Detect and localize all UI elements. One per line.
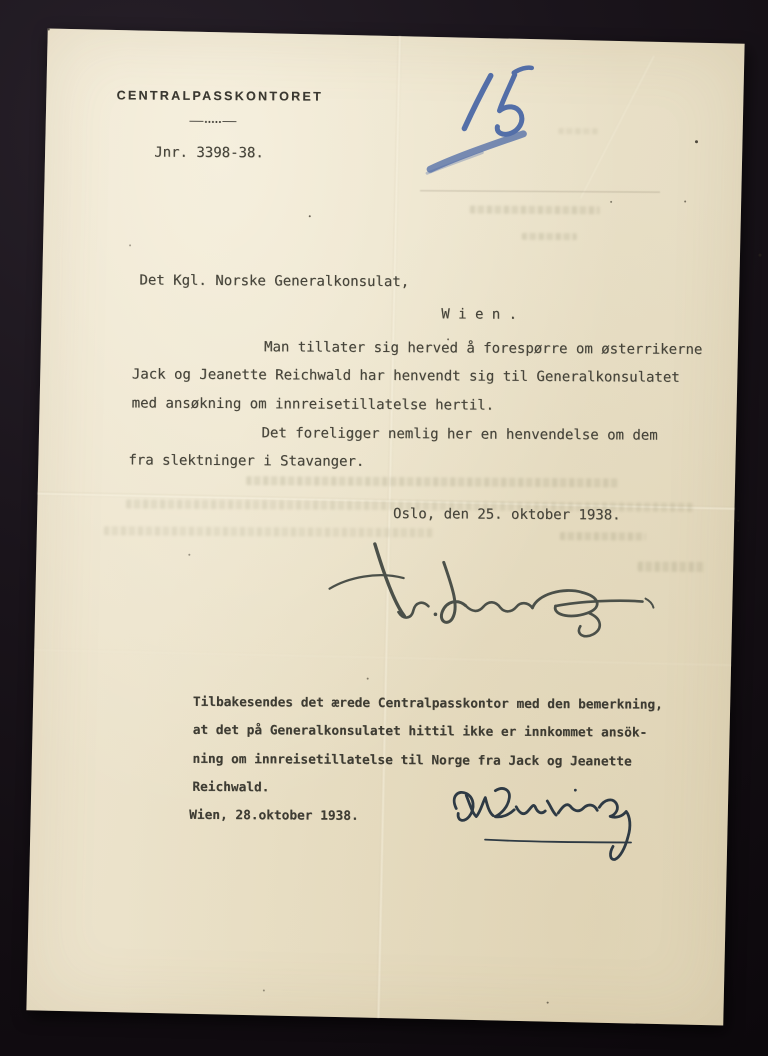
oslo-signature xyxy=(314,530,665,652)
office-name: CENTRALPASSKONTORET xyxy=(117,88,324,103)
body-line: Man tillater sig herved å forespørre om … xyxy=(264,339,702,358)
bleedthrough-smudge xyxy=(470,206,600,215)
wien-signature xyxy=(438,775,669,876)
dateline-wien: Wien, 28.oktober 1938. xyxy=(189,808,359,824)
letter-content: CENTRALPASSKONTORET Jnr. 3398-38. 15 Det… xyxy=(0,0,768,1056)
faint-pencil-line xyxy=(420,190,660,192)
body-line: med ansøkning om innreisetillatelse hert… xyxy=(132,395,495,413)
body-line: Jack og Jeanette Reichwald har henvendt … xyxy=(132,366,680,385)
reply-line: at det på Generalkonsulatet hittil ikke … xyxy=(193,723,648,741)
bleedthrough-smudge xyxy=(522,233,577,240)
body-line: Det foreligger nemlig her en henvendelse… xyxy=(261,425,657,443)
body-line: fra slektninger i Stavanger. xyxy=(128,452,364,469)
journal-number: Jnr. 3398-38. xyxy=(154,145,264,162)
reply-line: Reichwald. xyxy=(192,780,269,795)
reply-line: Tilbakesendes det ærede Centralpasskonto… xyxy=(193,695,663,713)
recipient-city: W i e n . xyxy=(441,306,517,322)
handwritten-filing-number xyxy=(417,55,553,186)
recipient-line: Det Kgl. Norske Generalkonsulat, xyxy=(139,273,409,291)
dateline-oslo: Oslo, den 25. oktober 1938. xyxy=(393,506,621,523)
bleedthrough-smudge xyxy=(558,128,598,134)
letterhead-rule-ornament xyxy=(189,120,236,123)
bleedthrough-smudge xyxy=(246,476,618,487)
scan-background: CENTRALPASSKONTORET Jnr. 3398-38. 15 Det… xyxy=(0,0,768,1056)
reply-line: ning om innreisetillatelse til Norge fra… xyxy=(192,752,631,770)
